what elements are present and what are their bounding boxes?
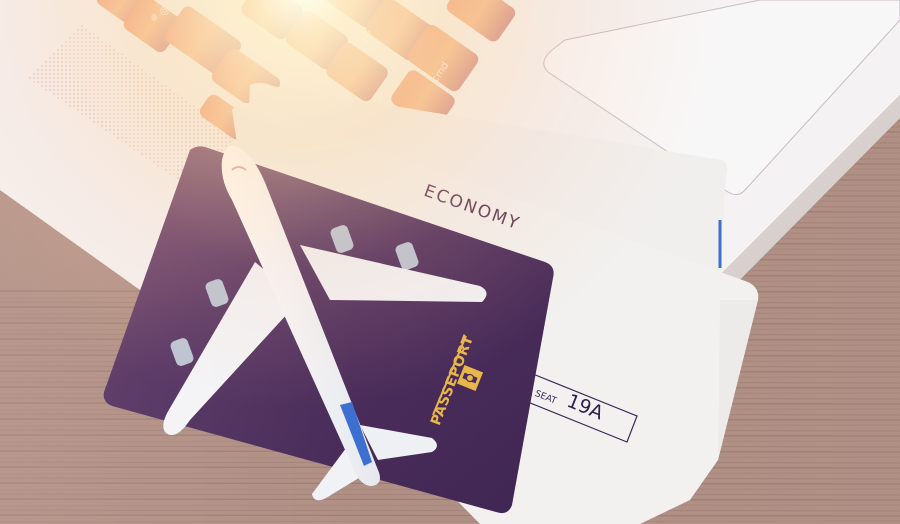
scene-illustration xyxy=(0,0,900,524)
photo-scene: # @ W X alt cmd ECONOMY SEAT 19A PASSEPO… xyxy=(0,0,900,524)
